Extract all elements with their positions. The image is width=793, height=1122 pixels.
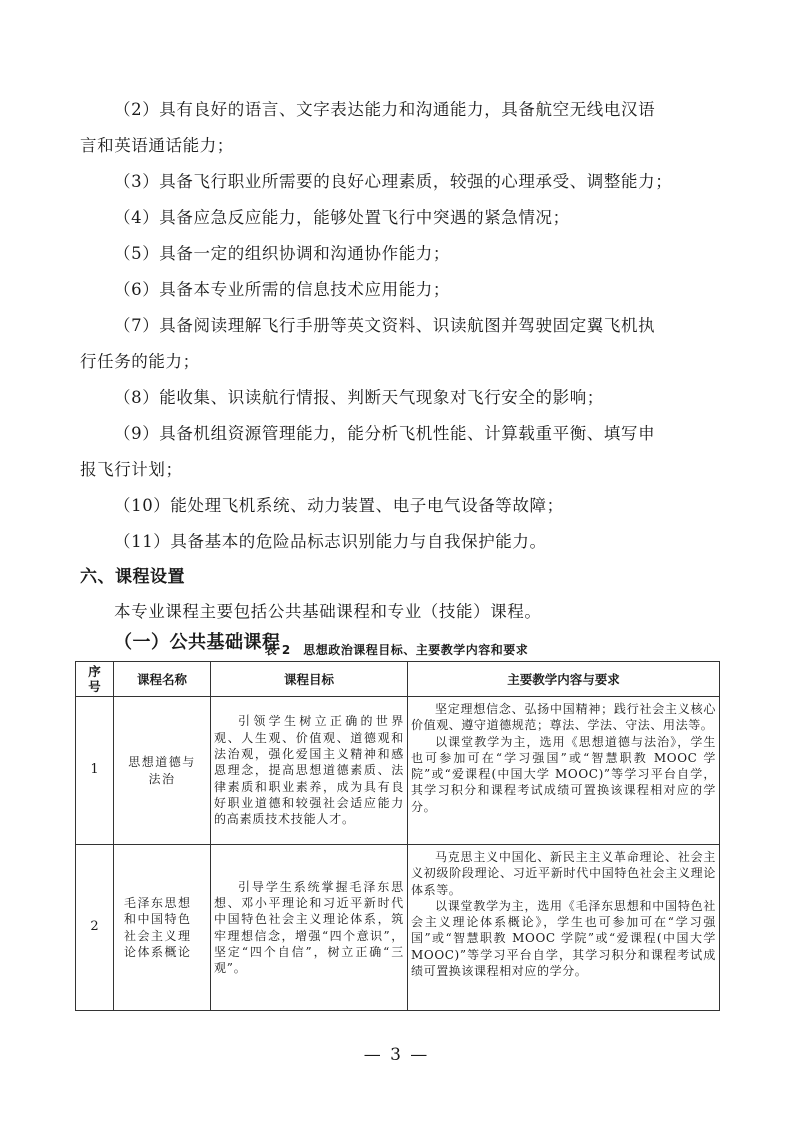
ability-item-5: （5）具备一定的组织协调和沟通协作能力； xyxy=(114,244,450,264)
content-paragraph: 以课堂教学为主，选用《毛泽东思想和中国特色社会主义理论体系概论》，学生也可参加可… xyxy=(411,898,716,979)
section-intro: 本专业课程主要包括公共基础课程和专业（技能）课程。 xyxy=(114,602,542,622)
goal-text: 引领学生树立正确的世界观、人生观、价值观、道德观和法治观，强化爱国主义精神和感恩… xyxy=(214,713,404,827)
ability-item-9: （9）具备机组资源管理能力，能分析飞机性能、计算载重平衡、填写申 xyxy=(114,424,655,444)
header-course-name: 课程名称 xyxy=(114,662,211,697)
header-course-content: 主要教学内容与要求 xyxy=(408,662,720,697)
course-table: 序号 课程名称 课程目标 主要教学内容与要求 1 思想道德与法治 引领学生树立正… xyxy=(75,661,720,1011)
ability-item-6: （6）具备本专业所需的信息技术应用能力； xyxy=(114,280,450,300)
ability-item-10: （10）能处理飞机系统、动力装置、电子电气设备等故障； xyxy=(114,496,564,516)
row-course-goal: 引导学生系统掌握毛泽东思想、邓小平理论和习近平新时代中国特色社会主义理论体系，筑… xyxy=(211,845,408,1011)
ability-item-4: （4）具备应急反应能力，能够处置飞行中突遇的紧急情况； xyxy=(114,208,570,228)
ability-item-2-continued: 言和英语通话能力； xyxy=(80,136,234,156)
ability-item-9-continued: 报飞行计划； xyxy=(80,460,183,480)
content-paragraph: 马克思主义中国化、新民主主义革命理论、社会主义初级阶段理论、习近平新时代中国特色… xyxy=(411,849,716,898)
row-number: 1 xyxy=(76,697,114,845)
row-number: 2 xyxy=(76,845,114,1011)
goal-text: 引导学生系统掌握毛泽东思想、邓小平理论和习近平新时代中国特色社会主义理论体系，筑… xyxy=(214,879,404,977)
row-course-content: 坚定理想信念、弘扬中国精神；践行社会主义核心价值观、遵守道德规范；尊法、学法、守… xyxy=(408,697,720,845)
ability-item-2: （2）具有良好的语言、文字表达能力和沟通能力，具备航空无线电汉语 xyxy=(114,100,655,120)
table-header-row: 序号 课程名称 课程目标 主要教学内容与要求 xyxy=(76,662,720,697)
ability-item-7-continued: 行任务的能力； xyxy=(80,352,200,372)
ability-item-8: （8）能收集、识读航行情报、判断天气现象对飞行安全的影响； xyxy=(114,388,604,408)
row-course-name: 毛泽东思想和中国特色社会主义理论体系概论 xyxy=(114,845,211,1011)
page-number: — 3 — xyxy=(0,1045,793,1065)
row-course-name: 思想道德与法治 xyxy=(114,697,211,845)
ability-item-3: （3）具备飞行职业所需要的良好心理素质，较强的心理承受、调整能力； xyxy=(114,172,672,192)
header-course-goal: 课程目标 xyxy=(211,662,408,697)
content-paragraph: 以课堂教学为主，选用《思想道德与法治》，学生也可参加可在“学习强国”或“智慧职教… xyxy=(411,734,716,815)
table-caption: 表 2 思想政治课程目标、主要教学内容和要求 xyxy=(0,641,793,658)
header-number: 序号 xyxy=(76,662,114,697)
ability-item-7: （7）具备阅读理解飞行手册等英文资料、识读航图并驾驶固定翼飞机执 xyxy=(114,316,655,336)
table-row: 1 思想道德与法治 引领学生树立正确的世界观、人生观、价值观、道德观和法治观，强… xyxy=(76,697,720,845)
row-course-content: 马克思主义中国化、新民主主义革命理论、社会主义初级阶段理论、习近平新时代中国特色… xyxy=(408,845,720,1011)
content-paragraph: 坚定理想信念、弘扬中国精神；践行社会主义核心价值观、遵守道德规范；尊法、学法、守… xyxy=(411,701,716,734)
ability-item-11: （11）具备基本的危险品标志识别能力与自我保护能力。 xyxy=(114,532,547,552)
row-course-goal: 引领学生树立正确的世界观、人生观、价值观、道德观和法治观，强化爱国主义精神和感恩… xyxy=(211,697,408,845)
table-row: 2 毛泽东思想和中国特色社会主义理论体系概论 引导学生系统掌握毛泽东思想、邓小平… xyxy=(76,845,720,1011)
section-heading: 六、课程设置 xyxy=(80,566,185,588)
